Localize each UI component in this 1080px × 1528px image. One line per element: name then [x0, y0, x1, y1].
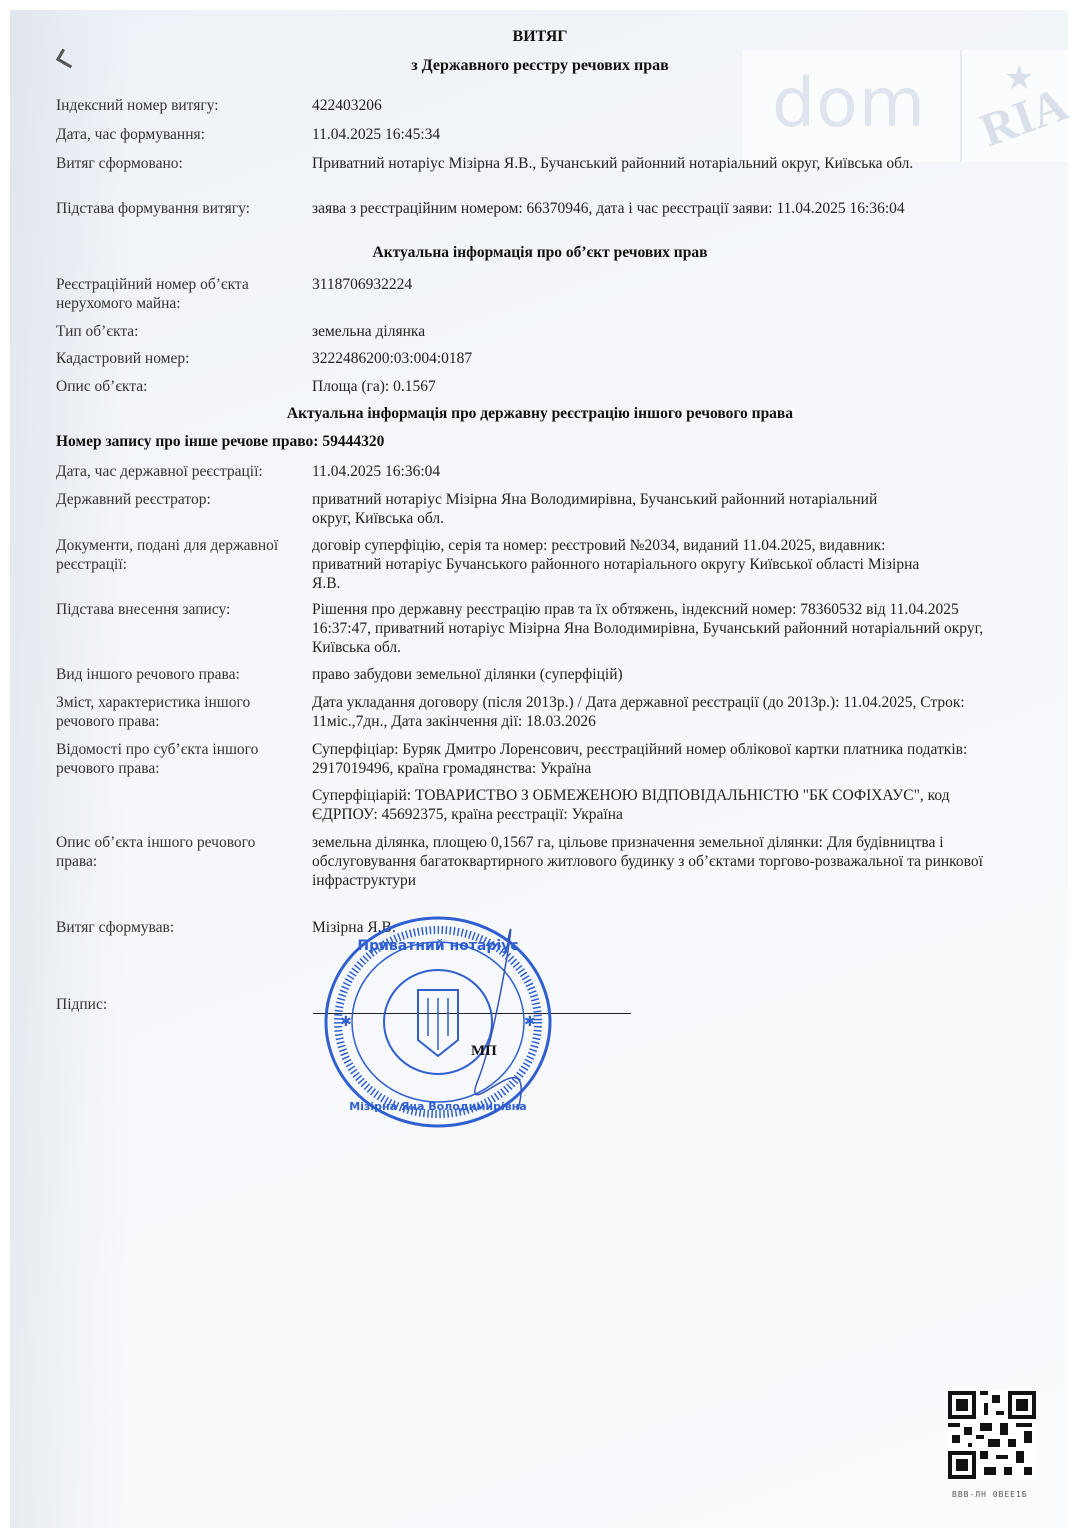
- svg-text:✱: ✱: [340, 1015, 352, 1030]
- field-value: 3222486200:03:004:0187: [312, 349, 1016, 368]
- field-label: Опис об’єкта іншого речового права:: [56, 833, 312, 890]
- field-label: Вид іншого речового права:: [56, 665, 312, 684]
- field-value: 3118706932224: [312, 275, 1016, 313]
- field-label: Державний реєстратор:: [56, 490, 312, 528]
- field-label: Індексний номер витягу:: [56, 96, 312, 115]
- notary-stamp-icon: Приватний нотаріус Мізірна Яна Володимир…: [318, 910, 558, 1130]
- qr-code-icon: [948, 1391, 1036, 1479]
- watermark-ria: RIA: [973, 77, 1075, 159]
- right-row: Документи, подані для державної реєстрац…: [56, 536, 1016, 593]
- field-label: Реєстраційний номер об’єкта нерухомого м…: [56, 275, 312, 313]
- right-row: Вид іншого речового права: право забудов…: [56, 665, 1016, 684]
- right-row: Суперфіціарій: ТОВАРИСТВО З ОБМЕЖЕНОЮ ВІ…: [56, 786, 1016, 824]
- field-label: Підстава формування витягу:: [56, 199, 312, 218]
- field-value: 11.04.2025 16:36:04: [312, 462, 1016, 481]
- field-label: Кадастровий номер:: [56, 349, 312, 368]
- field-value: Дата укладання договору (після 2013р.) /…: [312, 693, 1016, 731]
- field-value: земельна ділянка: [312, 322, 1016, 341]
- field-label: Дата, час державної реєстрації:: [56, 462, 312, 481]
- field-value: Рішення про державну реєстрацію прав та …: [312, 600, 1016, 657]
- document-subtitle: з Державного реєстру речових прав: [0, 57, 1080, 75]
- field-label: Відомості про суб’єкта іншого речового п…: [56, 740, 312, 778]
- field-label: Підстава внесення запису:: [56, 600, 312, 657]
- field-value: Суперфіціар: Буряк Дмитро Лоренсович, ре…: [312, 740, 1016, 778]
- right-row: Зміст, характеристика іншого речового пр…: [56, 693, 1016, 731]
- field-value: 11.04.2025 16:45:34: [312, 125, 1016, 144]
- section-heading-right: Актуальна інформація про державну реєстр…: [0, 405, 1080, 423]
- field-value: заява з реєстраційним номером: 66370946,…: [312, 199, 1016, 218]
- field-value: 422403206: [312, 96, 1016, 115]
- section-heading-object: Актуальна інформація про об’єкт речових …: [0, 244, 1080, 262]
- field-value: Суперфіціарій: ТОВАРИСТВО З ОБМЕЖЕНОЮ ВІ…: [312, 786, 1016, 824]
- svg-text:Приватний нотаріус: Приватний нотаріус: [357, 938, 518, 954]
- field-label: Зміст, характеристика іншого речового пр…: [56, 693, 312, 731]
- object-row: Кадастровий номер: 3222486200:03:004:018…: [56, 349, 1016, 368]
- field-value: земельна ділянка, площею 0,1567 га, ціль…: [312, 833, 1016, 890]
- info-row: Індексний номер витягу: 422403206: [56, 96, 1016, 115]
- field-value: право забудови земельної ділянки (суперф…: [312, 665, 1016, 684]
- right-row: Підстава внесення запису: Рішення про де…: [56, 600, 1016, 657]
- qr-caption: ВВВ-ЛН 0ВЕЕ1Б: [952, 1490, 1028, 1499]
- seal-mark: МП: [471, 1043, 497, 1060]
- right-row: Державний реєстратор: приватний нотаріус…: [56, 490, 1016, 528]
- info-row: Підстава формування витягу: заява з реєс…: [56, 199, 1016, 218]
- svg-text:Мізірна Яна Володимирівна: Мізірна Яна Володимирівна: [349, 1100, 526, 1113]
- document-title: ВИТЯГ: [0, 28, 1080, 46]
- right-row: Відомості про суб’єкта іншого речового п…: [56, 740, 1016, 778]
- field-label: [56, 786, 312, 824]
- field-label: Документи, подані для державної реєстрац…: [56, 536, 312, 593]
- object-row: Тип об’єкта: земельна ділянка: [56, 322, 1016, 341]
- formed-by-label: Витяг сформував:: [56, 918, 312, 937]
- field-value: Приватний нотаріус Мізірна Я.В., Бучансь…: [312, 154, 1016, 173]
- object-row: Опис об’єкта: Площа (га): 0.1567: [56, 377, 1016, 396]
- signature-label: Підпис:: [56, 995, 312, 1014]
- right-row: Дата, час державної реєстрації: 11.04.20…: [56, 462, 1016, 481]
- record-number: Номер запису про інше речове право: 5944…: [56, 433, 384, 451]
- field-label: Опис об’єкта:: [56, 377, 312, 396]
- object-row: Реєстраційний номер об’єкта нерухомого м…: [56, 275, 1016, 313]
- right-row: Опис об’єкта іншого речового права: земе…: [56, 833, 1016, 890]
- info-row: Витяг сформовано: Приватний нотаріус Міз…: [56, 154, 1016, 173]
- field-label: Тип об’єкта:: [56, 322, 312, 341]
- field-label: Витяг сформовано:: [56, 154, 312, 173]
- field-label: Дата, час формування:: [56, 125, 312, 144]
- svg-text:✱: ✱: [524, 1015, 536, 1030]
- field-value: приватний нотаріус Мізірна Яна Володимир…: [312, 490, 1016, 528]
- info-row: Дата, час формування: 11.04.2025 16:45:3…: [56, 125, 1016, 144]
- field-value: договір суперфіцію, серія та номер: реєс…: [312, 536, 1016, 593]
- field-value: Площа (га): 0.1567: [312, 377, 1016, 396]
